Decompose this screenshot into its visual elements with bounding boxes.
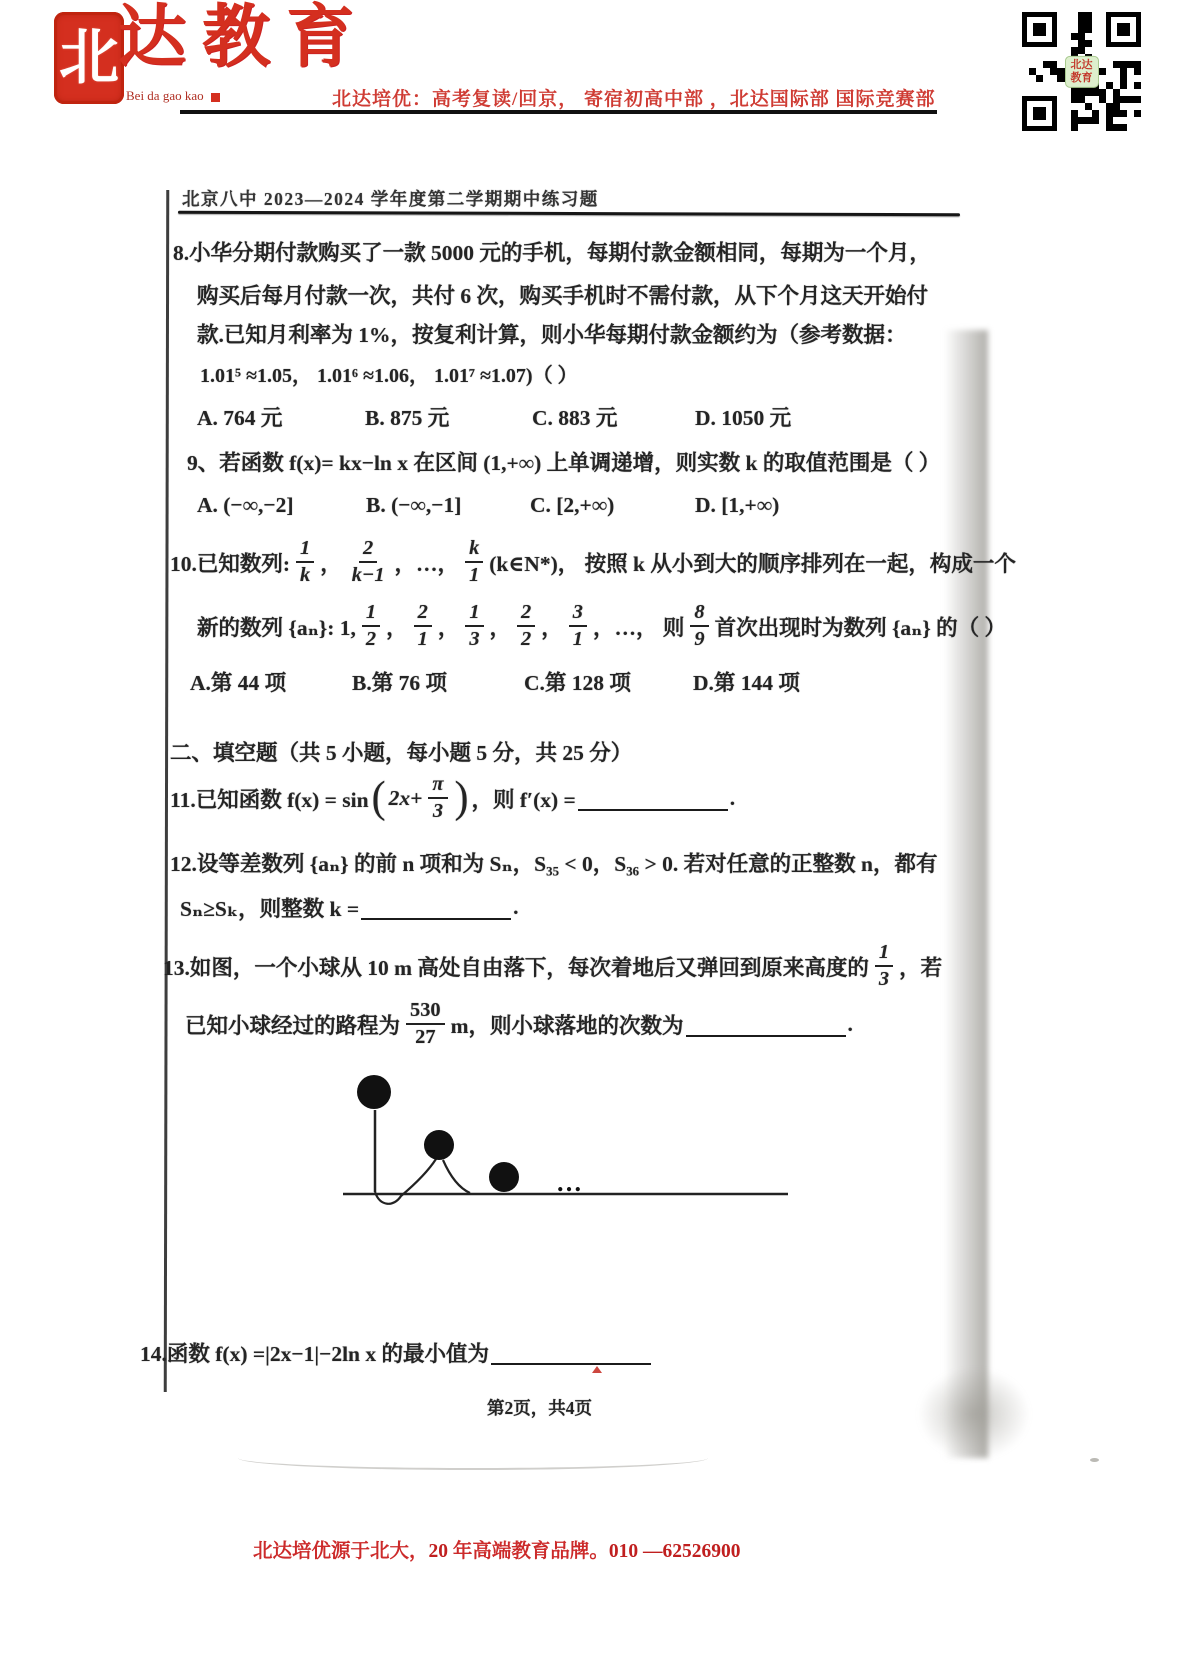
fraction-2-over-1: 21 [414,602,432,651]
scan-shadow-right [944,330,988,1458]
q11-period: . [730,786,735,811]
question-10-line1: 10.已知数列: 1k ， 2k−1 ，…， k1 (k∈N*)， 按照 k 从… [170,538,1016,587]
question-9-option-c: C. [2,+∞) [530,493,614,518]
question-8-line1: 8.小华分期付款购买了一款 5000 元的手机，每期付款金额相同，每期为一个月， [173,236,931,267]
figure-ellipsis: … [556,1168,582,1197]
footer-years: 20 [429,1541,449,1562]
q11-open-paren: ( [372,781,386,816]
q11-lead: 11.已知函数 f(x) = sin [170,783,369,814]
q10-comma: ， [438,611,460,642]
q10-ellipsis: ，…， [395,547,460,578]
bounce-arc-1 [375,1159,436,1204]
q10-tail2: 首次出现时为数列 {aₙ} 的（ ） [715,611,1006,642]
question-10-option-b: B.第 76 项 [352,666,447,697]
q10-comma: ， [386,611,408,642]
question-8-option-c: C. 883 元 [532,401,617,432]
fraction-2-over-2: 22 [517,602,535,651]
question-10-option-d: D.第 144 项 [693,666,800,697]
q13-tail: ，若 [899,951,942,982]
paper-left-edge [164,190,170,1392]
q12-lead2: Sₙ≥Sₖ，则整数 k = [180,892,359,923]
ball-3 [489,1162,519,1192]
question-12-line1: 12.设等差数列 {aₙ} 的前 n 项和为 Sₙ，S₃₅ < 0，S₃₆ > … [170,847,937,878]
qr-finder-bottomleft-icon [1022,96,1057,131]
question-11: 11.已知函数 f(x) = sin ( 2x+ π3 ) ，则 f′(x) =… [170,774,735,823]
section-2-heading: 二、填空题（共 5 小题，每小题 5 分，共 25 分） [170,736,632,767]
q13-period: . [848,1012,853,1037]
exam-title: 北京八中 2023—2024 学年度第二学期期中练习题 [182,186,599,211]
qr-label-line1: 北达 [1071,58,1093,71]
question-9-stem: 9、若函数 f(x)= kx−ln x 在区间 (1,+∞) 上单调递增，则实数… [187,446,940,477]
scan-smudge [918,1368,1030,1460]
red-caret-mark [592,1366,602,1373]
q11-inner: 2x+ [389,786,423,811]
seal-character: 北 [59,28,119,88]
footer-seg3: 年高端教育品牌。 [448,1541,609,1562]
question-9-option-d: D. [1,+∞) [695,493,779,518]
fraction-1-over-3: 13 [465,602,483,651]
question-8-line2: 购买后每月付款一次，共付 6 次，购买手机时不需付款，从下个月这天开始付 [197,279,928,310]
qr-center-label: 北达 教育 [1065,55,1099,87]
question-10-option-c: C.第 128 项 [524,666,631,697]
q10-sep3: ，…， 则 [593,611,684,642]
header-rule [180,110,937,114]
fraction-1-over-2: 12 [362,602,380,651]
q12-period: . [513,895,518,920]
brand-seal-logo: 北 [54,12,124,104]
bouncing-ball-figure: … [338,1066,808,1206]
answer-blank [686,1012,846,1037]
q13-mid: m，则小球落地的次数为 [451,1009,684,1040]
question-8-reference-data: 1.01⁵ ≈1.05， 1.01⁶ ≈1.06， 1.01⁷ ≈1.07)（ … [200,359,578,388]
ball-2 [424,1130,454,1160]
brand-caption-text: Bei da gao kao [126,88,204,103]
question-10-line2: 新的数列 {aₙ}: 1, 12 ， 21 ， 13 ， 22 ， 31 ，…，… [197,602,1006,651]
page-number: 第2页，共4页 [487,1395,592,1420]
question-9-option-b: B. (−∞,−1] [366,493,461,518]
question-8-option-a: A. 764 元 [197,401,282,432]
brand-tagline: 北达培优：高考复读/回京， 寄宿初高中部 ，北达国际部 国际竞赛部 [332,84,936,111]
fraction-3-over-1: 31 [569,602,587,651]
footer-seg1: 北达培优源于北大， [253,1541,429,1562]
scan-artifact-dot [1090,1458,1099,1462]
q11-tail: ，则 f′(x) = [472,783,576,814]
q10-comma: ， [541,611,563,642]
question-13-line1: 13.如图，一个小球从 10 m 高处自由落下，每次着地后又弹回到原来高度的 1… [163,942,942,991]
answer-blank [361,895,511,920]
scan-artifact-arc [238,1446,708,1470]
ball-1 [357,1075,391,1109]
brand-logo-caption: Bei da gao kao [126,88,220,104]
fraction-2-over-k-1: 2k−1 [348,538,389,587]
question-8-option-b: B. 875 元 [365,401,449,432]
q11-close-paren: ) [455,781,469,816]
answer-blank [491,1340,651,1365]
q13-lead: 13.如图，一个小球从 10 m 高处自由落下，每次着地后又弹回到原来高度的 [163,951,869,982]
q10-tail1: (k∈N*)， 按照 k 从小到大的顺序排列在一起，构成一个 [489,547,1016,578]
q10-comma: ， [490,611,512,642]
bounce-arc-2 [443,1160,470,1193]
question-8-line3: 款.已知月利率为 1%，按复利计算，则小华每期付款金额约为（参考数据： [197,318,907,349]
q14-lead: 14.函数 f(x) =|2x−1|−2ln x 的最小值为 [140,1337,489,1368]
question-10-option-a: A.第 44 项 [190,666,286,697]
fraction-k-over-1: k1 [465,538,483,587]
answer-blank [578,786,728,811]
brand-footer: 北达培优源于北大，20 年高端教育品牌。010 —62526900 [253,1535,741,1563]
q10-lead2: 新的数列 {aₙ}: 1, [197,611,356,642]
question-12-line2: Sₙ≥Sₖ，则整数 k = . [180,892,518,923]
exam-title-underline [178,211,960,216]
qr-label-line2: 教育 [1071,72,1093,85]
fraction-530-over-27: 53027 [406,1000,445,1049]
q10-lead: 10.已知数列: [170,547,290,578]
qr-finder-topright-icon [1106,12,1141,47]
fraction-1-over-3: 13 [875,942,893,991]
question-14: 14.函数 f(x) =|2x−1|−2ln x 的最小值为 [140,1337,651,1368]
fraction-1-over-k: 1k [296,538,314,587]
red-square-icon [211,93,220,102]
question-9-option-a: A. (−∞,−2] [197,493,294,518]
fraction-pi-over-3: π3 [428,774,447,823]
qr-finder-topleft-icon [1022,12,1057,47]
footer-phone: 010 —62526900 [609,1541,741,1562]
qr-code: 北达 教育 [1022,12,1141,131]
question-13-line2: 已知小球经过的路程为 53027 m，则小球落地的次数为 . [185,1000,853,1049]
fraction-8-over-9: 89 [690,602,708,651]
brand-logo-script: 达教育 [118,0,370,75]
q10-comma: ， [320,547,342,578]
question-8-option-d: D. 1050 元 [695,401,791,432]
q13-lead2: 已知小球经过的路程为 [185,1009,400,1040]
